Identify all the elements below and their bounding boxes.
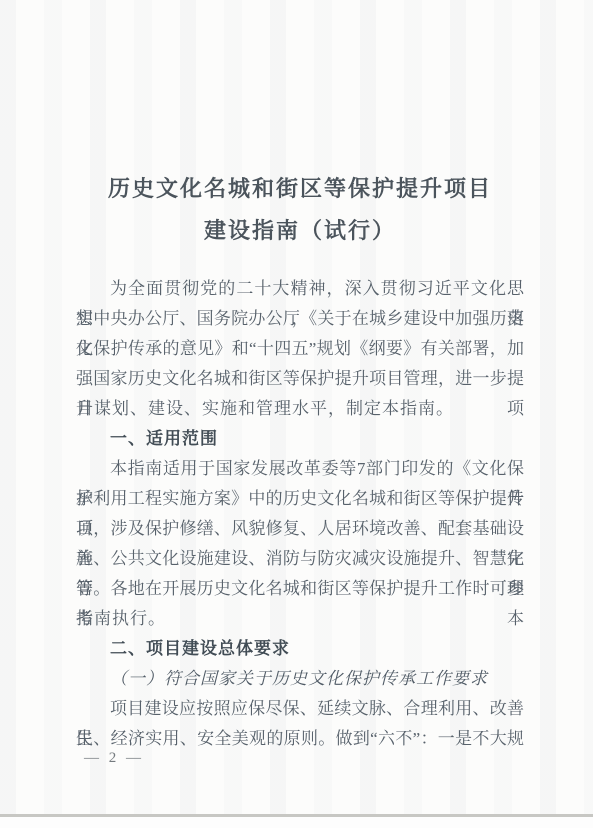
section-heading-2: 二、项目建设总体要求: [76, 634, 524, 664]
document-title-line1: 历史文化名城和街区等保护提升项目: [76, 168, 524, 210]
paragraph-line: 为全面贯彻党的二十大精神，深入贯彻习近平文化思想，落: [76, 274, 524, 304]
paragraph-line: 承利用工程实施方案》中的历史文化名城和街区等保护提升项: [76, 484, 524, 514]
paragraph-line: 本指南适用于国家发展改革委等7部门印发的《文化保护传: [76, 454, 524, 484]
scan-background-strip: [0, 817, 593, 828]
page-number: — 2 —: [84, 750, 144, 767]
paragraph-line: 强国家历史文化名城和街区等保护提升项目管理，进一步提升项: [76, 364, 524, 394]
document-title: 历史文化名城和街区等保护提升项目 建设指南（试行）: [76, 168, 524, 252]
paragraph-line: 等。各地在开展历史文化名城和街区等保护提升工作时可参考本: [76, 574, 524, 604]
paragraph-line: 实中央办公厅、国务院办公厅《关于在城乡建设中加强历史文: [76, 304, 524, 334]
paragraph-line: 目，涉及保护修缮、风貌修复、人居环境改善、配套基础设施完: [76, 514, 524, 544]
paragraph-line: 善、公共文化设施建设、消防与防灾减灾设施提升、智慧化管理: [76, 544, 524, 574]
scanned-document-page: 历史文化名城和街区等保护提升项目 建设指南（试行） 为全面贯彻党的二十大精神，深…: [0, 0, 593, 828]
document-content: 历史文化名城和街区等保护提升项目 建设指南（试行） 为全面贯彻党的二十大精神，深…: [76, 0, 524, 754]
section-heading-1: 一、适用范围: [76, 424, 524, 454]
paragraph-line: 项目建设应按照应保尽保、延续文脉、合理利用、改善民: [76, 694, 524, 724]
paragraph-line: 化保护传承的意见》和“十四五”规划《纲要》有关部署，加: [76, 334, 524, 364]
document-title-line2: 建设指南（试行）: [76, 210, 524, 252]
document-body: 为全面贯彻党的二十大精神，深入贯彻习近平文化思想，落 实中央办公厅、国务院办公厅…: [76, 274, 524, 754]
subsection-heading-1: （一）符合国家关于历史文化保护传承工作要求: [76, 664, 524, 694]
